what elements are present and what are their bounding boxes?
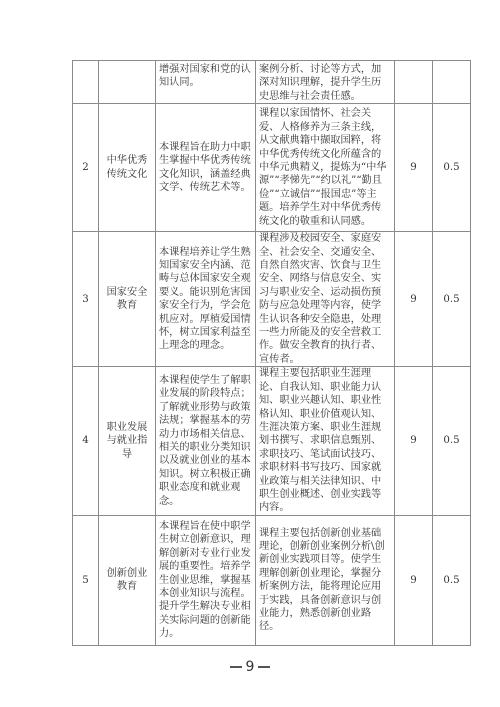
course-goal: 本课程旨在使中职学生树立创新意识，理解创新对专业行业发展的重要性。培养学生创业思… [156,515,256,645]
course-credit: 0.5 [433,232,471,367]
course-name [99,61,156,104]
course-goal: 增强对国家和党的认知认同。 [156,61,256,104]
course-content: 课程主要包括职业生涯理论、自我认知、职业能力认知、职业兴趣认知、职业性格认知、职… [256,367,395,515]
table-row: 增强对国家和党的认知认同。 案例分析、讨论等方式，加深对知识理解，提升学生历史思… [73,61,471,104]
course-content: 课程以家国情怀、社会关爱、人格修养为三条主线，从文献典籍中撷取国粹，将中华优秀传… [256,104,395,232]
course-content: 课程涉及校园安全、家庭安全、社会安全、交通安全、自然自然灾害、饮食与卫生安全、网… [256,232,395,367]
table-row: 4 职业发展与就业指导 本课程使学生了解职业发展的阶段特点；了解就业形势与政策法… [73,367,471,515]
table-row: 5 创新创业教育 本课程旨在使中职学生树立创新意识，理解创新对专业行业发展的重要… [73,515,471,645]
course-hours: 9 [395,367,433,515]
dash-left [230,666,242,668]
course-content: 案例分析、讨论等方式，加深对知识理解，提升学生历史思维与社会责任感。 [256,61,395,104]
course-hours: 9 [395,232,433,367]
page-number: 9 [246,659,255,675]
course-hours [395,61,433,104]
course-credit: 0.5 [433,515,471,645]
course-name: 创新创业教育 [99,515,156,645]
row-number: 4 [73,367,99,515]
table-row: 2 中华优秀传统文化 本课程旨在助力中职生掌握中华优秀传统文化知识，涵盖经典文学… [73,104,471,232]
page-footer: 9 [0,659,500,675]
row-number: 3 [73,232,99,367]
course-credit [433,61,471,104]
course-goal: 本课程旨在助力中职生掌握中华优秀传统文化知识，涵盖经典文学、传统艺术等。 [156,104,256,232]
course-name: 职业发展与就业指导 [99,367,156,515]
course-goal: 本课程培养让学生熟知国家安全内涵、范畴与总体国家安全观要义。能识别危害国家安全行… [156,232,256,367]
table-row: 3 国家安全教育 本课程培养让学生熟知国家安全内涵、范畴与总体国家安全观要义。能… [73,232,471,367]
course-hours: 9 [395,104,433,232]
course-goal: 本课程使学生了解职业发展的阶段特点；了解就业形势与政策法规；掌握基本的劳动力市场… [156,367,256,515]
dash-right [258,666,270,668]
row-number: 5 [73,515,99,645]
course-table: 增强对国家和党的认知认同。 案例分析、讨论等方式，加深对知识理解，提升学生历史思… [72,60,471,646]
row-number: 2 [73,104,99,232]
course-name: 国家安全教育 [99,232,156,367]
course-credit: 0.5 [433,367,471,515]
course-name: 中华优秀传统文化 [99,104,156,232]
course-credit: 0.5 [433,104,471,232]
course-content: 课程主要包括创新创业基础理论，创新创业案例分析\创新创业实践项目等。使学生理解创… [256,515,395,645]
course-hours: 9 [395,515,433,645]
row-number [73,61,99,104]
